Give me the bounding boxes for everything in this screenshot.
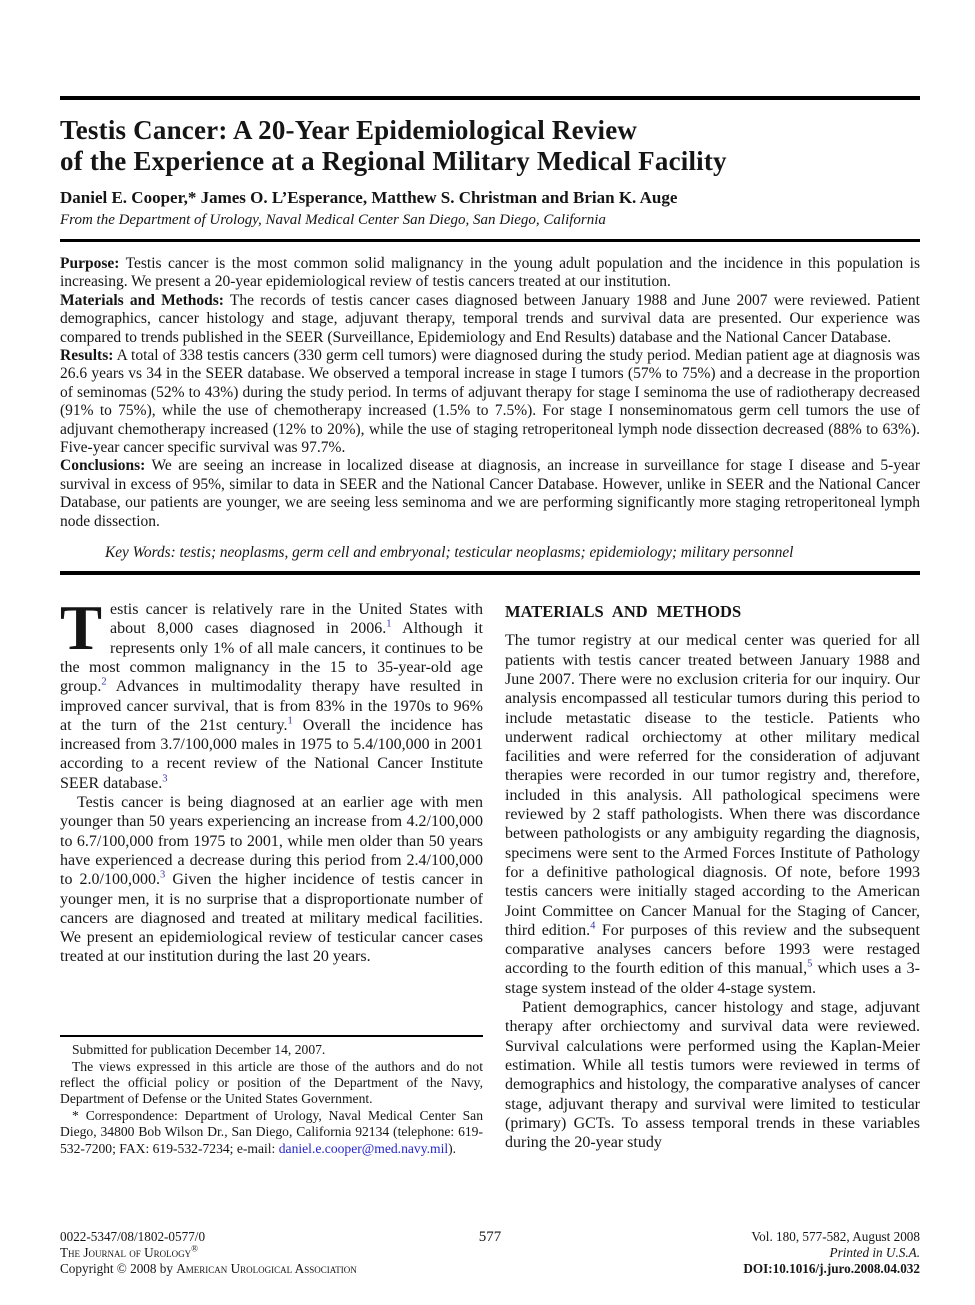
affiliation-line: From the Department of Urology, Naval Me…	[60, 212, 920, 229]
footnote-rule	[60, 1035, 483, 1037]
footer-citation: Vol. 180, 577-582, August 2008 Printed i…	[530, 1229, 920, 1277]
left-column: Testis cancer is relatively rare in the …	[60, 600, 483, 1157]
abstract: Purpose: Testis cancer is the most commo…	[60, 255, 920, 531]
author-line: Daniel E. Cooper,* James O. L’Esperance,…	[60, 188, 920, 208]
methods-paragraph-2: Patient demographics, cancer histology a…	[505, 998, 920, 1152]
methods-paragraph-1: The tumor registry at our medical center…	[505, 631, 920, 998]
article-title: Testis Cancer: A 20-Year Epidemiological…	[60, 115, 920, 177]
page-number: 577	[450, 1229, 530, 1245]
footnote-block: Submitted for publication December 14, 2…	[60, 1035, 483, 1157]
reference-link[interactable]: 5	[807, 959, 812, 970]
registered-trademark-mark: ®	[191, 1244, 198, 1254]
doi-line: DOI:10.1016/j.juro.2008.04.032	[530, 1261, 920, 1277]
abstract-top-rule	[60, 239, 920, 242]
abstract-results-label: Results:	[60, 347, 113, 364]
footnote-correspondence-close: ).	[448, 1141, 456, 1156]
issn-code: 0022-5347/08/1802-0577/0	[60, 1229, 450, 1245]
volume-line: Vol. 180, 577-582, August 2008	[530, 1229, 920, 1245]
footnote-submitted: Submitted for publication December 14, 2…	[60, 1042, 483, 1058]
top-rule	[60, 96, 920, 100]
two-column-body: Testis cancer is relatively rare in the …	[60, 600, 920, 1157]
association-name: American Urological Association	[176, 1261, 356, 1276]
reference-link[interactable]: 3	[162, 773, 167, 784]
abstract-purpose: Purpose: Testis cancer is the most commo…	[60, 255, 920, 292]
printed-in-line: Printed in U.S.A.	[530, 1245, 920, 1261]
page-footer: 0022-5347/08/1802-0577/0 The Journal of …	[60, 1229, 920, 1277]
abstract-conclusions-text: We are seeing an increase in localized d…	[60, 457, 920, 529]
intro-paragraph-1-text: estis cancer is relatively rare in the U…	[60, 601, 483, 792]
journal-name: The Journal of Urology®	[60, 1245, 450, 1261]
abstract-materials-methods: Materials and Methods: The records of te…	[60, 292, 920, 347]
reference-link[interactable]: 1	[386, 619, 391, 630]
abstract-results-text: A total of 338 testis cancers (330 germ …	[60, 347, 920, 456]
email-link[interactable]: daniel.e.cooper@med.navy.mil	[279, 1141, 448, 1156]
article-title-line2: of the Experience at a Regional Military…	[60, 146, 920, 177]
section-heading-materials-methods: MATERIALS AND METHODS	[505, 602, 920, 621]
article-title-line1: Testis Cancer: A 20-Year Epidemiological…	[60, 115, 920, 146]
body-top-rule	[60, 571, 920, 575]
copyright-line: Copyright © 2008 by American Urological …	[60, 1261, 450, 1277]
reference-link[interactable]: 4	[590, 921, 595, 932]
footnote-correspondence: * Correspondence: Department of Urology,…	[60, 1108, 483, 1157]
abstract-conclusions: Conclusions: We are seeing an increase i…	[60, 457, 920, 531]
abstract-materials-methods-label: Materials and Methods:	[60, 292, 224, 309]
reference-link[interactable]: 3	[160, 870, 165, 881]
right-column: MATERIALS AND METHODS The tumor registry…	[505, 600, 920, 1157]
intro-paragraph-2: Testis cancer is being diagnosed at an e…	[60, 793, 483, 967]
drop-cap: T	[60, 600, 110, 652]
reference-link[interactable]: 2	[101, 677, 106, 688]
abstract-conclusions-label: Conclusions:	[60, 457, 145, 474]
intro-paragraph-1: Testis cancer is relatively rare in the …	[60, 600, 483, 793]
abstract-purpose-text: Testis cancer is the most common solid m…	[60, 255, 920, 290]
footnote-disclaimer: The views expressed in this article are …	[60, 1059, 483, 1108]
journal-article-page: Testis Cancer: A 20-Year Epidemiological…	[0, 0, 975, 1305]
abstract-purpose-label: Purpose:	[60, 255, 119, 272]
abstract-results: Results: A total of 338 testis cancers (…	[60, 347, 920, 457]
keywords-line: Key Words: testis; neoplasms, germ cell …	[105, 544, 920, 562]
footer-imprint: 0022-5347/08/1802-0577/0 The Journal of …	[60, 1229, 450, 1277]
reference-link[interactable]: 1	[287, 716, 292, 727]
